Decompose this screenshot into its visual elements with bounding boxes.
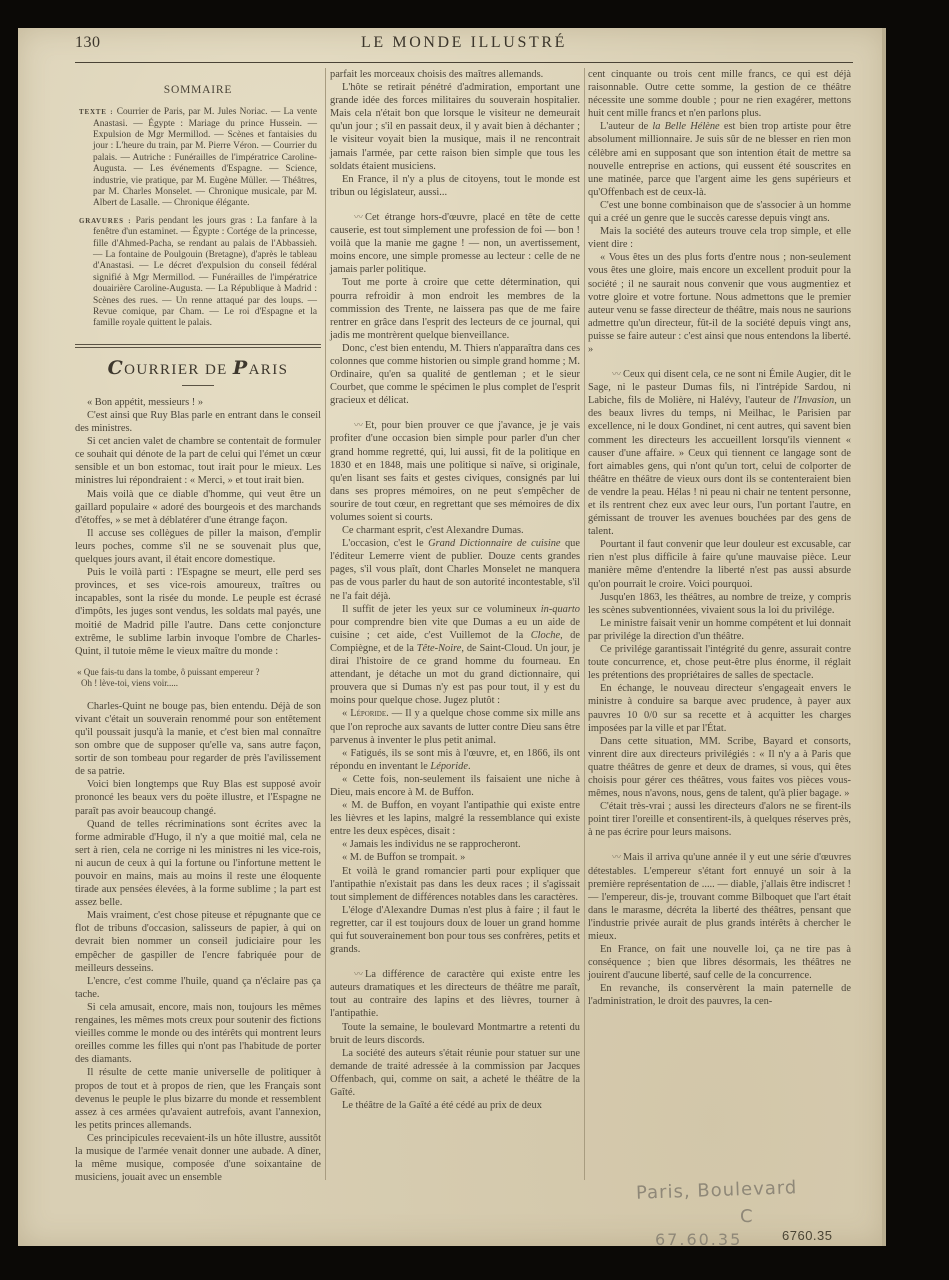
paragraph: C'est ainsi que Ruy Blas parle en entran… (75, 409, 321, 435)
paragraph: « Fatigués, ils se sont mis à l'œuvre, e… (330, 747, 580, 773)
column-3: cent cinquante ou trois cent mille franc… (588, 68, 851, 1009)
paragraph: « Cette fois, non-seulement ils faisaien… (330, 773, 580, 799)
italic-text: Cloche (531, 630, 560, 641)
paragraph: « Jamais les individus ne se rapprochero… (330, 838, 580, 851)
paragraph: En France, on fait une nouvelle loi, ça … (588, 943, 851, 982)
paragraph: 〰Cet étrange hors-d'œuvre, placé en tête… (330, 211, 580, 276)
paragraph: cent cinquante ou trois cent mille franc… (588, 68, 851, 120)
small-caps-term: « Léporide. (342, 708, 389, 719)
paragraph: parfait les morceaux choisis des maîtres… (330, 68, 580, 81)
pencil-annotation: 67.60.35 (655, 1230, 742, 1249)
italic-text: Tête-Noire (417, 643, 462, 654)
paragraph: La société des auteurs s'était réunie po… (330, 1047, 580, 1099)
paragraph: L'auteur de la Belle Hélène est bien tro… (588, 120, 851, 199)
section-double-rule (75, 344, 321, 348)
paragraph: Si cela amusait, encore, mais non, toujo… (75, 1001, 321, 1066)
paragraph: Jusqu'en 1863, les théâtres, au nombre d… (588, 591, 851, 617)
paragraph: « Léporide. — Il y a quelque chose comme… (330, 707, 580, 746)
paragraph: Il suffit de jeter les yeux sur ce volum… (330, 603, 580, 708)
paragraph: Ce privilége garantissait l'intégrité du… (588, 643, 851, 682)
archive-stamp: 6760.35 (782, 1228, 833, 1243)
paragraph: Voici bien longtemps que Ruy Blas est su… (75, 778, 321, 817)
title-text: ARIS (249, 362, 289, 378)
column-2: parfait les morceaux choisis des maîtres… (330, 68, 580, 1112)
paragraph-text: L'occasion, c'est le (342, 538, 428, 549)
paragraph-text: Il suffit de jeter les yeux sur ce volum… (342, 604, 541, 615)
paragraph: « Bon appétit, messieurs ! » (75, 396, 321, 409)
paragraph: Il accuse ses collègues de piller la mai… (75, 527, 321, 566)
italic-title: l'Invasion (793, 395, 834, 406)
paragraph: L'éloge d'Alexandre Dumas n'est plus à f… (330, 904, 580, 956)
sommaire-gravures-label: GRAVURES : (79, 217, 131, 225)
verse-line: « Que fais-tu dans la tombe, ô puissant … (77, 667, 321, 679)
paragraph: En échange, le nouveau directeur s'engag… (588, 682, 851, 734)
paragraph: Donc, c'est bien entendu, M. Thiers n'ap… (330, 342, 580, 407)
paragraph: Il résulte de cette manie universelle de… (75, 1066, 321, 1131)
paragraph: Pourtant il faut convenir que leur doule… (588, 538, 851, 590)
sommaire-texte: TEXTE : Courrier de Paris, par M. Jules … (79, 107, 317, 210)
paragraph: 〰La différence de caractère qui existe e… (330, 968, 580, 1020)
paragraph: C'est une bonne combinaison que de s'ass… (588, 199, 851, 225)
paragraph: 〰Ceux qui disent cela, ce ne sont ni Émi… (588, 368, 851, 538)
page-header: 130 LE MONDE ILLUSTRÉ (75, 32, 853, 56)
column-1: SOMMAIRE TEXTE : Courrier de Paris, par … (75, 68, 321, 1184)
paragraph: En revanche, ils conservèrent la main pa… (588, 982, 851, 1008)
sommaire-title: SOMMAIRE (75, 84, 321, 97)
title-text: OURRIER DE (124, 362, 233, 378)
paragraph: Le ministre faisait venir un homme compé… (588, 617, 851, 643)
paragraph: Et voilà le grand romancier parti pour e… (330, 865, 580, 904)
paragraph: « Vous êtes un des plus forts d'entre no… (588, 251, 851, 356)
ornamental-initial: P (233, 357, 249, 379)
paragraph: L'hôte se retirait pénétré d'admiration,… (330, 81, 580, 173)
header-rule (75, 62, 853, 63)
italic-text: in-quarto (541, 604, 580, 615)
paragraph: L'encre, c'est comme l'huile, quand ça n… (75, 975, 321, 1001)
paragraph: L'occasion, c'est le Grand Dictionnaire … (330, 537, 580, 602)
paragraph: Le théâtre de la Gaîté a été cédé au pri… (330, 1099, 580, 1112)
section-separator-icon: 〰 (342, 419, 362, 432)
sommaire-gravures-content: Paris pendant les jours gras : La fanfar… (93, 216, 317, 329)
italic-title: la Belle Hélène (652, 121, 719, 132)
sommaire-texte-label: TEXTE : (79, 108, 113, 116)
title-rule (182, 385, 214, 386)
column-divider (325, 68, 326, 1180)
paragraph: Quand de telles récriminations sont écri… (75, 818, 321, 910)
paragraph-text: , un des beaux livres du temps, ni Meilh… (588, 395, 851, 537)
verse-quote: « Que fais-tu dans la tombe, ô puissant … (77, 667, 321, 690)
paragraph: Puis le voilà parti : l'Espagne se meurt… (75, 566, 321, 658)
paragraph: Mais la société des auteurs trouve cela … (588, 225, 851, 251)
journal-title: LE MONDE ILLUSTRÉ (75, 34, 853, 52)
sommaire-texte-content: Courrier de Paris, par M. Jules Noriac. … (93, 107, 317, 208)
paragraph-text: Mais il arriva qu'une année il y eut une… (588, 852, 851, 942)
section-separator-icon: 〰 (600, 851, 620, 864)
paragraph: 〰Et, pour bien prouver ce que j'avance, … (330, 419, 580, 524)
paragraph: Tout me porte à croire que cette détermi… (330, 276, 580, 341)
paragraph: Ce charmant esprit, c'est Alexandre Duma… (330, 524, 580, 537)
column-divider (584, 68, 585, 1180)
sommaire-gravures: GRAVURES : Paris pendant les jours gras … (79, 216, 317, 330)
paper-edge (882, 28, 886, 1246)
italic-title: Grand Dictionnaire de cuisine (428, 538, 560, 549)
paragraph-text: L'auteur de (600, 121, 652, 132)
paragraph: Mais vraiment, c'est chose piteuse et ré… (75, 909, 321, 974)
paragraph-text: Cet étrange hors-d'œuvre, placé en tête … (330, 212, 580, 275)
section-separator-icon: 〰 (342, 211, 362, 224)
paragraph: Charles-Quint ne bouge pas, bien entendu… (75, 700, 321, 779)
paragraph-text: Et, pour bien prouver ce que j'avance, j… (330, 420, 580, 523)
paragraph-text: est bien trop artiste pour être absolume… (588, 121, 851, 197)
section-separator-icon: 〰 (600, 368, 620, 381)
section-separator-icon: 〰 (342, 968, 362, 981)
verse-line: Oh ! lève-toi, viens voir..... (77, 678, 321, 690)
paragraph: « M. de Buffon se trompait. » (330, 851, 580, 864)
paragraph: Toute la semaine, le boulevard Montmartr… (330, 1021, 580, 1047)
paragraph: C'était très-vrai ; aussi les directeurs… (588, 800, 851, 839)
article-title: COURRIER DE PARIS (75, 362, 321, 377)
paragraph: Si cet ancien valet de chambre se conten… (75, 435, 321, 487)
paragraph-text: La différence de caractère qui existe en… (330, 969, 580, 1019)
ornamental-initial: C (108, 357, 125, 379)
paragraph: Ces principicules recevaient-ils un hôte… (75, 1132, 321, 1184)
italic-text: Léporide (430, 761, 468, 772)
paragraph: En France, il n'y a plus de citoyens, to… (330, 173, 580, 199)
paragraph: 〰Mais il arriva qu'une année il y eut un… (588, 851, 851, 943)
paragraph-text: . (468, 761, 471, 772)
pencil-annotation: C (740, 1206, 753, 1227)
paragraph: « M. de Buffon, en voyant l'antipathie q… (330, 799, 580, 838)
paragraph: Mais voilà que ce diable d'homme, qui ve… (75, 488, 321, 527)
paragraph: Dans cette situation, MM. Scribe, Bayard… (588, 735, 851, 800)
